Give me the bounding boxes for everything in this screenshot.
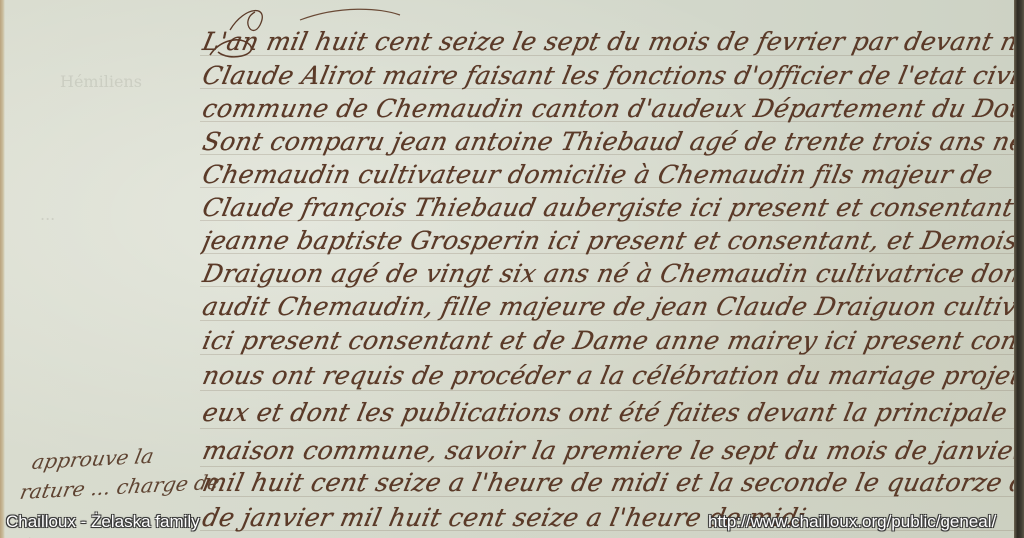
page-binding-edge [1014,0,1024,538]
manuscript-page: Hémiliens ... L'an mil huit cent seize l… [0,0,1024,538]
ruled-line [200,428,1014,429]
bleedthrough-text: ... [40,205,55,224]
manuscript-line: Sont comparu jean antoine Thiebaud agé d… [200,127,1018,156]
manuscript-line: mil huit cent seize a l'heure de midi et… [200,468,1018,497]
manuscript-line: Draiguon agé de vingt six ans né à Chema… [200,259,1018,288]
manuscript-line: eux et dont les publications ont été fai… [200,398,1018,427]
manuscript-line: maison commune, savoir la premiere le se… [200,436,1018,465]
margin-note: approuve la [30,444,156,474]
manuscript-line: Claude françois Thiebaud aubergiste ici … [200,193,1018,222]
margin-note: rature ... charge de [18,470,222,504]
manuscript-line: L'an mil huit cent seize le sept du mois… [200,27,1018,56]
ruled-line [200,466,1014,467]
ruled-line [200,390,1014,391]
manuscript-line: nous ont requis de procéder a la célébra… [200,361,1018,390]
manuscript-line: audit Chemaudin, fille majeure de jean C… [200,292,1018,321]
watermark-family-name: Chailloux - Żelaska family [6,513,200,530]
manuscript-line: ici present consentant et de Dame anne m… [200,326,1018,355]
manuscript-line: Chemaudin cultivateur domicilie à Chemau… [200,160,1018,189]
manuscript-line: commune de Chemaudin canton d'audeux Dép… [200,94,1018,123]
watermark-url: http://www.chailloux.org/public/geneal/ [708,513,996,530]
manuscript-line: Claude Alirot maire faisant les fonction… [200,61,1018,90]
bleedthrough-text: Hémiliens [60,72,142,91]
manuscript-line: jeanne baptiste Grosperin ici present et… [200,226,1018,255]
page-left-edge [0,0,5,538]
